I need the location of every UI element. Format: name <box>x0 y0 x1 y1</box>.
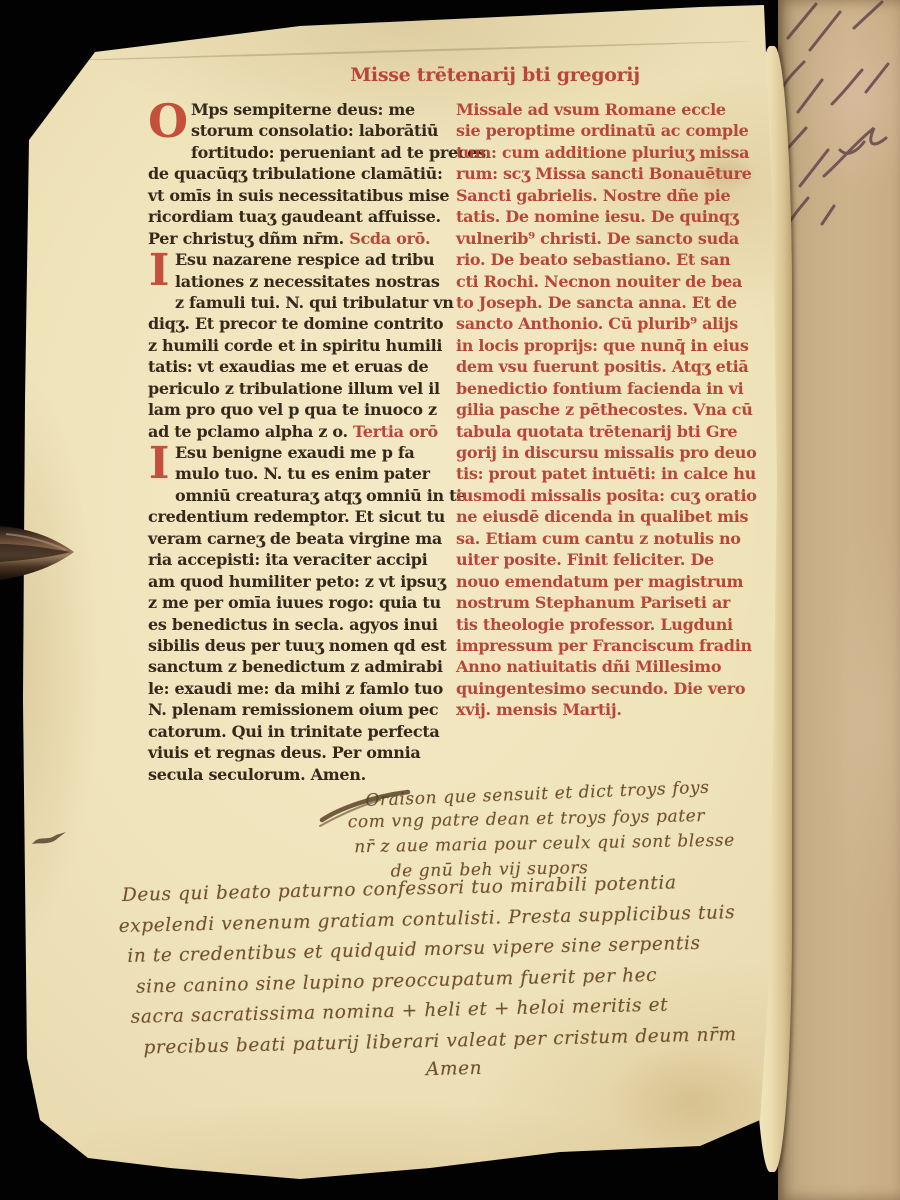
text-line: cti Rochi. Necnon nouiter de bea <box>456 271 770 292</box>
text-line: quingentesimo secundo. Die vero <box>456 678 770 699</box>
handwritten-line: Amen <box>426 1048 739 1086</box>
text-line: tis theologie professor. Lugduni <box>456 614 770 635</box>
text-line: z me per omīa iuues rogo: quia tu <box>148 592 456 613</box>
text-line: viuis et regnas deus. Per omnia <box>148 742 456 763</box>
text-line: es benedictus in secla. agyos inui <box>148 614 456 635</box>
text-line: storum consolatio: laborātiū <box>148 120 456 141</box>
book-clasp <box>0 514 80 592</box>
text-line: sanctum z benedictum z admirabi <box>148 656 456 677</box>
text-line: rio. De beato sebastiano. Et san <box>456 249 770 270</box>
text-line: Per christuʒ dñm nr̄m. Scda orō. <box>148 228 456 249</box>
text-line: z humili corde et in spiritu humili <box>148 335 456 356</box>
photograph-of-missal-page: Misse trētenarij bti gregorij OMps sempi… <box>0 0 900 1200</box>
text-line: veram carneʒ de beata virgine ma <box>148 528 456 549</box>
paragraph: IEsu nazarene respice ad tribulationes z… <box>148 249 456 442</box>
text-line: tum: cum additione pluriuʒ missa <box>456 142 770 163</box>
text-line: diqʒ. Et precor te domine contrito <box>148 313 456 334</box>
running-title: Misse trētenarij bti gregorij <box>300 64 690 86</box>
text-line: to Joseph. De sancta anna. Et de <box>456 292 770 313</box>
text-line: dem vsu fuerunt positis. Atqʒ etiā <box>456 356 770 377</box>
pen-flourish <box>320 786 410 826</box>
text-line: Esu benigne exaudi me p fa <box>148 442 456 463</box>
text-line: ricordiam tuaʒ gaudeant affuisse. <box>148 206 456 227</box>
text-line: tis: prout patet intuēti: in calce hu <box>456 463 770 484</box>
text-line: benedictio fontium facienda in vi <box>456 378 770 399</box>
text-line: vulnerib⁹ christi. De sancto suda <box>456 228 770 249</box>
text-line: ria accepisti: ita veraciter accipi <box>148 549 456 570</box>
text-line: tatis: vt exaudias me et eruas de <box>148 356 456 377</box>
text-line: am quod humiliter peto: z vt ipsuʒ <box>148 571 456 592</box>
text-line: gorij in discursu missalis pro deuo <box>456 442 770 463</box>
text-line: Missale ad vsum Romane eccle <box>456 99 770 120</box>
text-line: Esu nazarene respice ad tribu <box>148 249 456 270</box>
text-line: Mps sempiterne deus: me <box>148 99 456 120</box>
text-line: tatis. De nomine iesu. De quinqʒ <box>456 206 770 227</box>
text-line: sancto Anthonio. Cū plurib⁹ alijs <box>456 313 770 334</box>
text-line: lam pro quo vel p qua te inuoco z <box>148 399 456 420</box>
text-line: sibilis deus per tuuʒ nomen qd est <box>148 635 456 656</box>
text-line: vt omīs in suis necessitatibus mise <box>148 185 456 206</box>
text-line: in locis proprijs: que nunq̄ in eius <box>456 335 770 356</box>
drop-cap-initial: I <box>148 251 170 293</box>
text-line: le: exaudi me: da mihi z famlo tuo <box>148 678 456 699</box>
text-line: sie peroptime ordinatū ac comple <box>456 120 770 141</box>
text-line: ad te pclamo alpha z o. Tertia orō <box>148 421 456 442</box>
text-line: omniū creaturaʒ atqʒ omniū in te <box>148 485 456 506</box>
text-line: lationes z necessitates nostras <box>148 271 456 292</box>
text-line: sa. Etiam cum cantu z notulis no <box>456 528 770 549</box>
margin-ink-mark <box>30 830 70 850</box>
text-line: xvij. mensis Martij. <box>456 699 770 720</box>
paragraph: OMps sempiterne deus: mestorum consolati… <box>148 99 456 249</box>
parchment-page: Misse trētenarij bti gregorij OMps sempi… <box>0 0 900 1200</box>
text-line: credentium redemptor. Et sicut tu <box>148 506 456 527</box>
text-line: Sancti gabrielis. Nostre dñe pie <box>456 185 770 206</box>
text-line: N. plenam remissionem oium pec <box>148 699 456 720</box>
left-column: OMps sempiterne deus: mestorum consolati… <box>148 99 456 785</box>
text-line: gilia pasche z pēthecostes. Vna cū <box>456 399 770 420</box>
text-line: periculo z tribulatione illum vel il <box>148 378 456 399</box>
drop-cap-initial: O <box>148 101 186 143</box>
text-line: tabula quotata trētenarij bti Gre <box>456 421 770 442</box>
text-line: uiter posite. Finit feliciter. De <box>456 549 770 570</box>
handwritten-latin-prayer: Deus qui beato paturno confessori tuo mi… <box>122 867 739 1092</box>
text-line: nouo emendatum per magistrum <box>456 571 770 592</box>
text-line: nostrum Stephanum Pariseti ar <box>456 592 770 613</box>
parchment-crease <box>60 40 750 61</box>
text-line: ne eiusdē dicenda in qualibet mis <box>456 506 770 527</box>
text-line: iusmodi missalis posita: cuʒ oratio <box>456 485 770 506</box>
drop-cap-initial: I <box>148 444 170 486</box>
text-line: z famuli tui. N. qui tribulatur vn <box>148 292 456 313</box>
text-line: mulo tuo. N. tu es enim pater <box>148 463 456 484</box>
text-line: de quacūqʒ tribulatione clamātiū: <box>148 163 456 184</box>
text-line: fortitudo: perueniant ad te preces <box>148 142 456 163</box>
right-column: Missale ad vsum Romane ecclesie peroptim… <box>456 99 770 721</box>
text-line: impressum per Franciscum fradin <box>456 635 770 656</box>
text-line: secula seculorum. Amen. <box>148 764 456 785</box>
text-line: catorum. Qui in trinitate perfecta <box>148 721 456 742</box>
text-line: rum: scʒ Missa sancti Bonauēture <box>456 163 770 184</box>
paragraph: IEsu benigne exaudi me p famulo tuo. N. … <box>148 442 456 785</box>
text-line: Anno natiuitatis dñi Millesimo <box>456 656 770 677</box>
